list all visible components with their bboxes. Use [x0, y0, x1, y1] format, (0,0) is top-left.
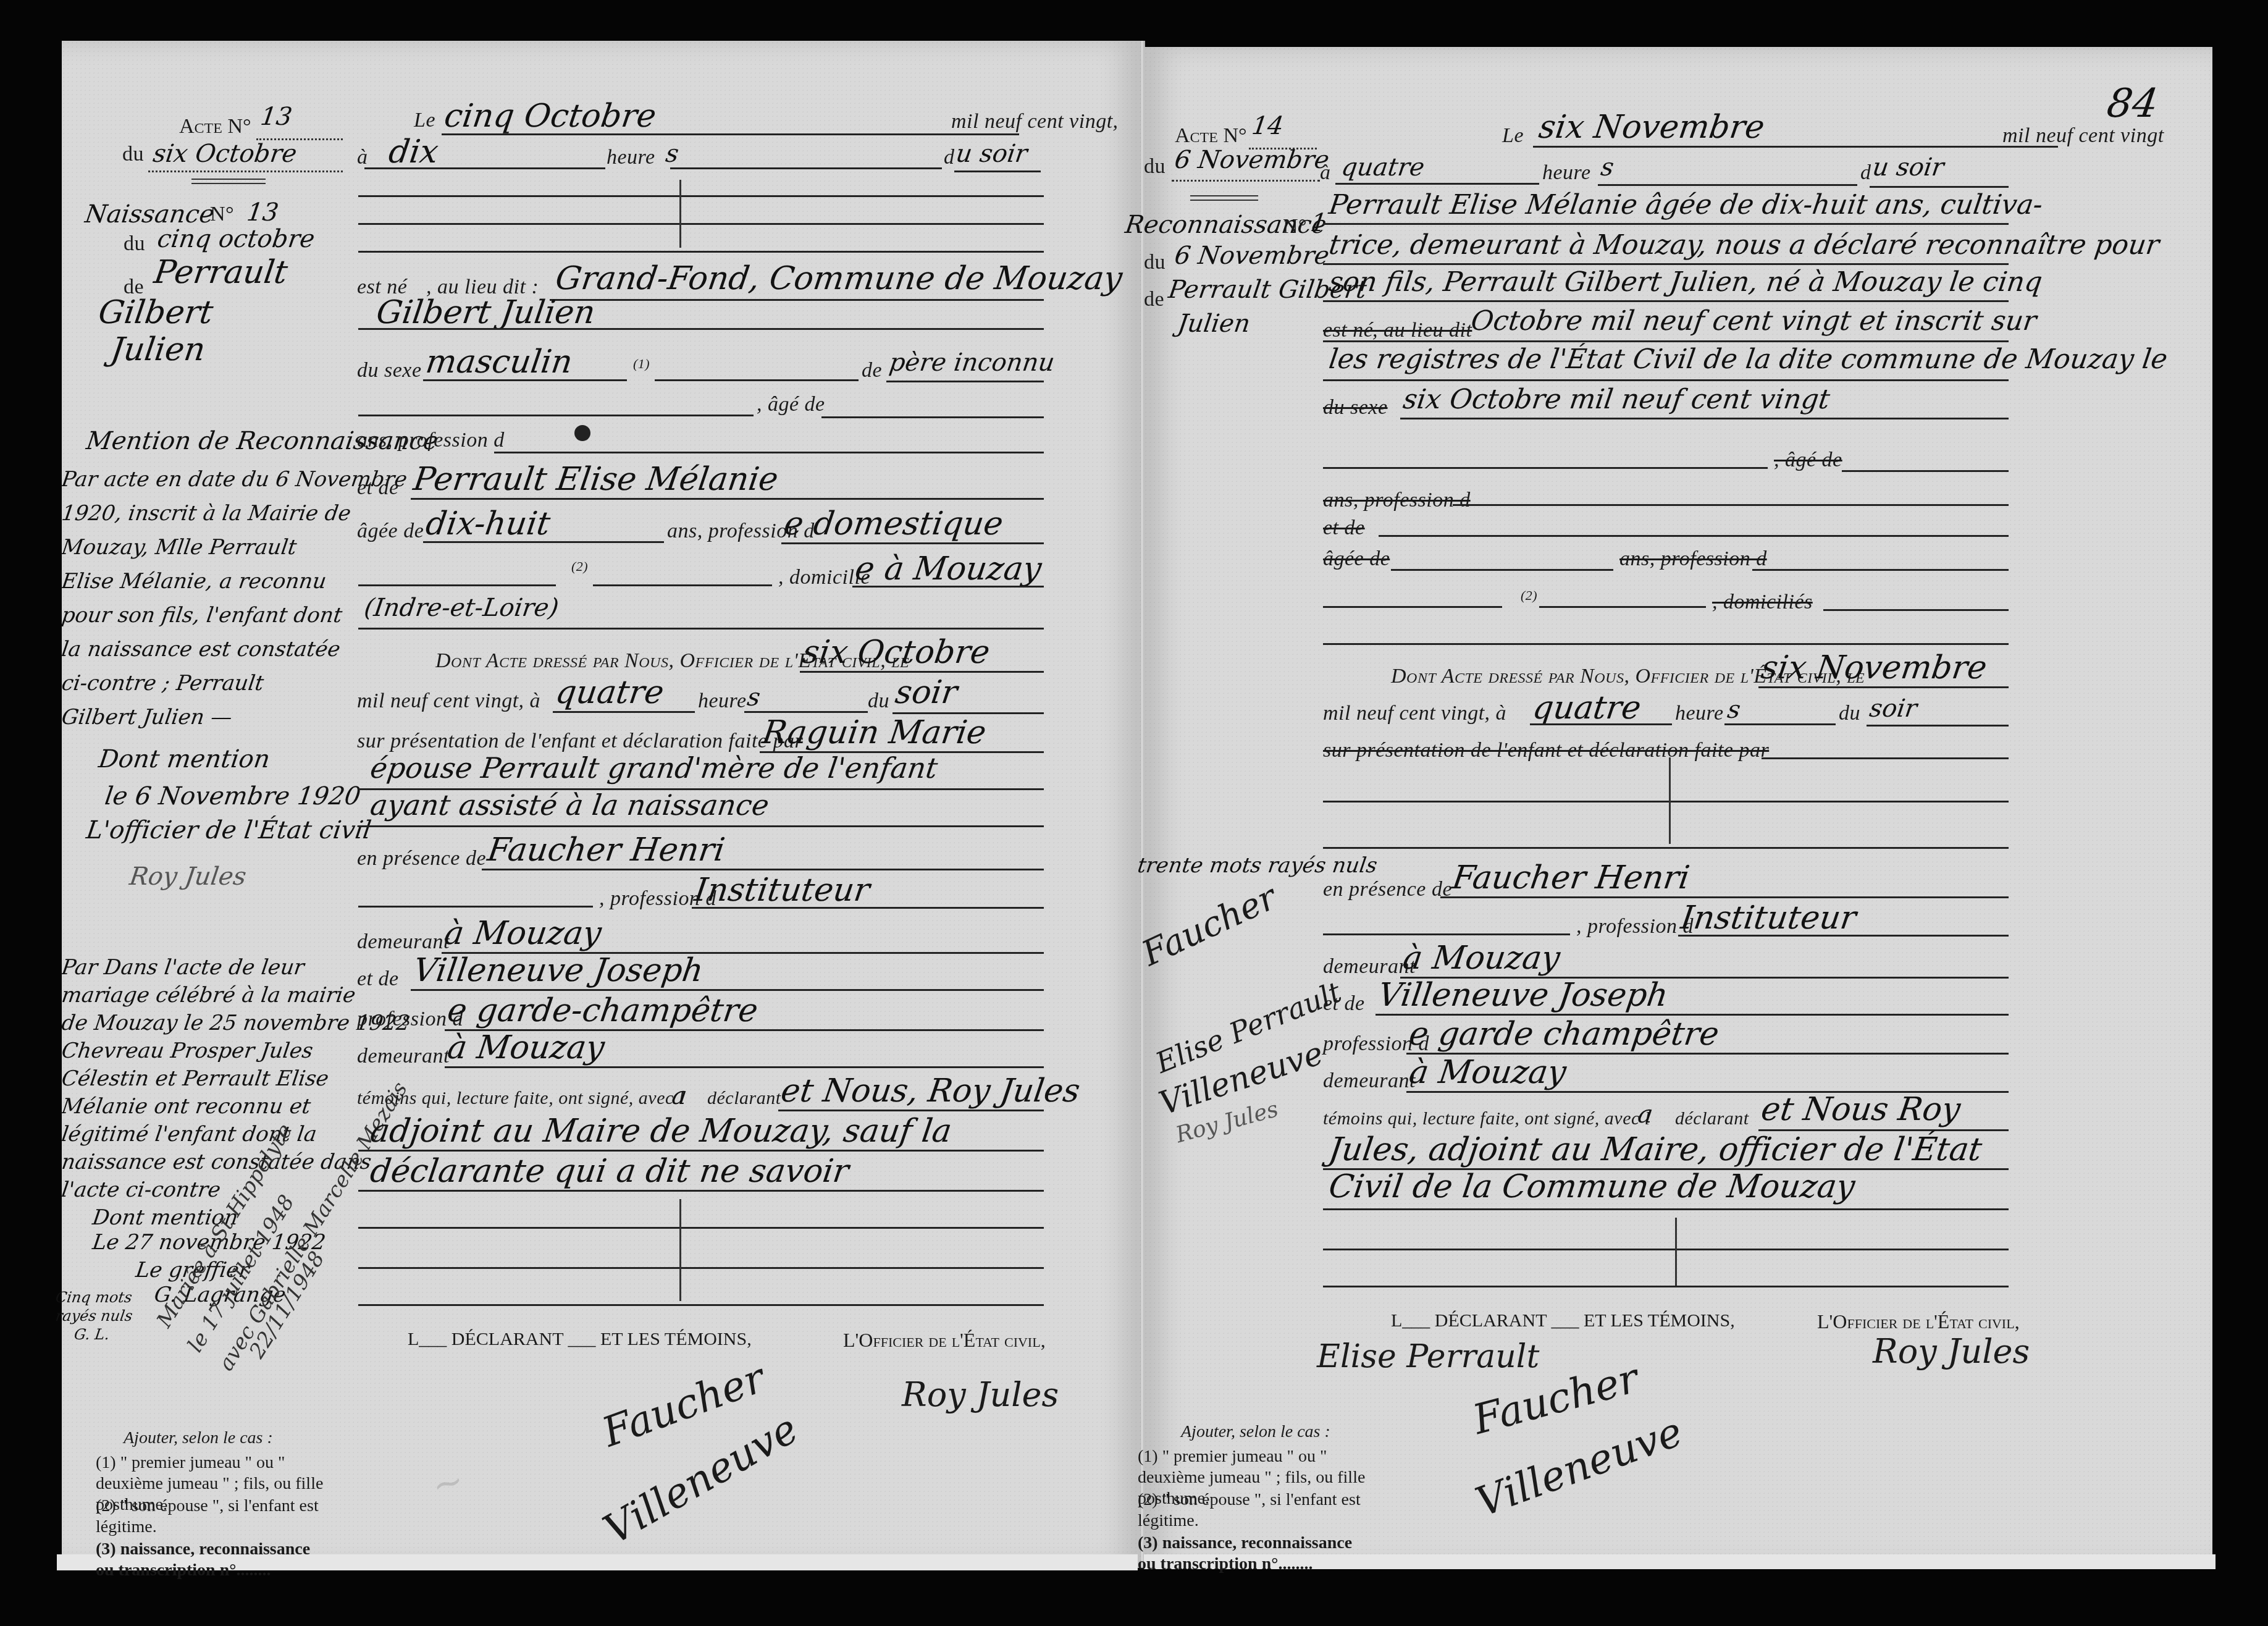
birth-hour: dix [387, 133, 441, 171]
bleed-through: ~ [427, 1459, 469, 1509]
right-page: 84 Acte N° 14 du 6 Novembre Reconnaissan… [1144, 47, 2212, 1568]
acte-date: six Octobre [151, 140, 299, 168]
recognition-period: u soir [1871, 153, 1946, 182]
recognition-text-line: son fils, Perrault Gilbert Julien, né à … [1327, 266, 2044, 298]
signature-elise-perrault: Elise Perrault [1317, 1338, 1539, 1375]
closing-2: adjoint au Maire de Mouzay, sauf la [368, 1113, 954, 1150]
closing-1: et Nous Roy [1759, 1091, 1963, 1128]
mention-dont: Dont mention [97, 745, 272, 773]
witness1: Faucher Henri [1450, 859, 1692, 896]
footnotes-title: Ajouter, selon le cas : [1181, 1422, 1330, 1443]
witness2-et-de-label: et de [1323, 992, 1365, 1016]
heure-suffix: s [664, 140, 681, 168]
recognition-text-line: Octobre mil neuf cent vingt et inscrit s… [1469, 305, 2038, 337]
birth-date: cinq Octobre [442, 98, 658, 135]
witness2-residence: à Mouzay [445, 1029, 607, 1066]
witness1-residence: à Mouzay [442, 915, 604, 952]
child-sex: masculin [424, 343, 575, 381]
acte-written-date: six Novembre [1759, 649, 1989, 686]
presence-label: en présence de [357, 847, 486, 870]
sexe-label: du sexe [357, 359, 422, 382]
legitimation-line: Chevreau Prosper Jules [60, 1038, 314, 1063]
margin-date: 6 Novembre [1173, 242, 1331, 270]
struck-age: , âgé de [1774, 449, 1842, 472]
acte-du-label: du [1839, 702, 1860, 725]
legitimation-line: Mélanie ont reconnu et [60, 1094, 312, 1119]
witness1-residence: à Mouzay [1401, 940, 1563, 977]
erasure-note: trente mots rayés nuls [1136, 853, 1379, 878]
acte-heure-label: heure [1675, 702, 1724, 725]
closing-3: Civil de la Commune de Mouzay [1327, 1168, 1857, 1205]
acte-du-label: du [1144, 155, 1165, 179]
du-label: d [944, 146, 955, 169]
mention-signed-by: L'officier de l'État civil [85, 816, 373, 845]
a-label: à [1320, 161, 1331, 185]
struck-agee-de: âgée de [1323, 547, 1390, 571]
struck-presentation-label: sur présentation de l'enfant et déclarat… [1323, 739, 1769, 762]
profession-label: , profession d [1576, 915, 1694, 938]
declarant-3: ayant assisté à la naissance [368, 788, 771, 822]
et-de-label: et de [357, 476, 399, 500]
birth-place: Grand-Fond, Commune de Mouzay [553, 260, 1125, 297]
witness2: Villeneuve Joseph [411, 952, 706, 989]
signatures-header-officer: L'Officier de l'État civil, [843, 1329, 1046, 1352]
acte-heure-suffix: s [745, 683, 762, 712]
declarant-label: déclarant [1675, 1108, 1749, 1129]
heure-suffix: s [1599, 153, 1616, 182]
struck-et-de: et de [1323, 516, 1365, 540]
struck-est-ne: est né [1323, 319, 1373, 342]
acte-hour: quatre [1531, 689, 1644, 727]
signature-roy-jules: Roy Jules [902, 1375, 1059, 1414]
witness2-residence: à Mouzay [1407, 1054, 1569, 1091]
witness2-profession: e garde-champêtre [445, 992, 760, 1029]
signature-roy-jules: Roy Jules [1873, 1332, 2030, 1371]
mention-line: 1920, inscrit à la Mairie de [60, 501, 353, 526]
ink-blot [574, 425, 590, 441]
le-label: Le [1502, 124, 1524, 148]
heure-label: heure [607, 146, 655, 169]
child-names: Gilbert Julien [374, 294, 597, 331]
witness2-profession: e garde champêtre [1407, 1016, 1721, 1053]
struck-lieu-dit: , au lieu dit [1372, 319, 1472, 342]
acte-number: 13 [259, 103, 294, 131]
year-printed: mil neuf cent vingt [2002, 124, 2164, 148]
legitimation-line: l'acte ci-contre [60, 1177, 222, 1202]
margin-given-2: Julien [109, 331, 208, 368]
temoins-label: témoins qui, lecture faite, ont signé, a… [1323, 1108, 1650, 1129]
struck-profession: ans, profession d [1323, 489, 1471, 512]
erasure-note: rayés nuls [54, 1307, 133, 1325]
legitimation-line: Célestin et Perrault Elise [60, 1066, 330, 1091]
margin-date: cinq octobre [156, 225, 317, 253]
erasure-note: G. L. [73, 1326, 111, 1343]
mention-line: Elise Mélanie, a reconnu [60, 569, 328, 594]
de-label: de [862, 359, 882, 382]
le-label: Le [414, 109, 435, 132]
agee-de-label: âgée de [357, 520, 424, 543]
legitimation-line: naissance est constatée dans [60, 1150, 373, 1174]
recognition-text-line: six Octobre mil neuf cent vingt [1401, 384, 1831, 415]
presence-label: en présence de [1323, 878, 1452, 901]
acte-period: soir [1868, 694, 1919, 723]
demeurant-label: demeurant [357, 930, 450, 954]
mention-line: pour son fils, l'enfant dont [60, 603, 343, 628]
signatures-header-declarant: L___ DÉCLARANT ___ ET LES TÉMOINS, [408, 1329, 752, 1350]
signatures-header-declarant: L___ DÉCLARANT ___ ET LES TÉMOINS, [1391, 1310, 1735, 1331]
recognition-text-line: Perrault Elise Mélanie âgée de dix-huit … [1327, 189, 2044, 221]
margin-no-label: N° [210, 203, 234, 226]
recognition-text-line: trice, demeurant à Mouzay, nous a déclar… [1327, 229, 2161, 261]
erasure-note: Cinq mots [54, 1289, 133, 1306]
struck-profession-2: ans, profession d [1619, 547, 1767, 571]
closing-3: déclarante qui a dit ne savoir [368, 1153, 851, 1190]
witness2: Villeneuve Joseph [1376, 977, 1671, 1014]
footnote-2: (2) " son épouse ", si l'enfant est légi… [96, 1496, 330, 1538]
signatures-header-officer: L'Officier de l'État civil, [1817, 1310, 2020, 1333]
note2-label: (2) [1521, 588, 1537, 604]
mother-profession: e domestique [782, 505, 1006, 542]
margin-du-label: du [1144, 251, 1165, 274]
acte-label: Acte N° [1175, 124, 1247, 148]
domicile-2: (Indre-et-Loire) [363, 594, 561, 622]
margin-du-label: du [124, 232, 145, 256]
acte-du-label: du [122, 143, 144, 166]
closing-2: Jules, adjoint au Maire, officier de l'É… [1327, 1131, 1984, 1168]
footnote-2: (2) " son épouse ", si l'enfant est légi… [1138, 1489, 1372, 1531]
acte-period: soir [893, 674, 960, 711]
legitimation-line: mariage célébré à la mairie [60, 983, 357, 1008]
mil-label: mil neuf cent vingt, à [1323, 702, 1506, 725]
footnote-3: (3) naissance, reconnaissance ou transcr… [1138, 1533, 1372, 1575]
footnotes-title: Ajouter, selon le cas : [124, 1428, 273, 1449]
mil-label: mil neuf cent vingt, à [357, 689, 540, 713]
temoins-a: a [1636, 1100, 1655, 1129]
mention-signature: Roy Jules [128, 862, 248, 891]
presentation-label: sur présentation de l'enfant et déclarat… [357, 730, 803, 753]
margin-given-1: Gilbert [96, 294, 216, 331]
struck-domicilies: , domiciliés [1712, 591, 1813, 614]
temoins-a: a [670, 1082, 689, 1110]
age-label: , âgé de [757, 393, 825, 416]
recognition-text-line: les registres de l'État Civil de la dite… [1327, 343, 2169, 375]
struck-sexe: du sexe [1323, 396, 1388, 419]
mother-name: Perrault Elise Mélanie [411, 461, 781, 498]
witness1-profession: Instituteur [692, 872, 872, 909]
witness1: Faucher Henri [485, 832, 727, 869]
margin-no-label: N° [1283, 215, 1307, 238]
declarant: Raguin Marie [760, 714, 989, 751]
a-label: à [357, 146, 368, 169]
acte-label: Acte N° [179, 115, 251, 138]
acte-du-label: du [868, 689, 889, 713]
mention-line: Mouzay, Mlle Perrault [60, 535, 298, 560]
domicile: e à Mouzay [853, 550, 1044, 588]
witness1-profession: Instituteur [1679, 899, 1858, 937]
temoins-label: témoins qui, lecture faite, ont signé, a… [357, 1088, 684, 1109]
witness2-et-de-label: et de [357, 967, 399, 991]
legitimation-line: Par Dans l'acte de leur [60, 955, 306, 980]
folio-number: 84 [2104, 81, 2161, 127]
margin-signature-faucher: Faucher [1136, 877, 1283, 974]
acte-number: 14 [1250, 112, 1285, 140]
acte-date: 6 Novembre [1173, 146, 1331, 174]
mention-line: Gilbert Julien — [60, 705, 233, 730]
du-label: d [1860, 161, 1871, 185]
acte-hour: quatre [553, 674, 666, 711]
witness2-demeurant-label: demeurant [357, 1045, 450, 1068]
year-printed: mil neuf cent vingt, [951, 110, 1119, 133]
acte-written-date: six Octobre [800, 634, 992, 671]
margin-name-2: Julien [1176, 310, 1252, 338]
acte-heure-suffix: s [1726, 696, 1742, 724]
left-page: Acte N° 13 du six Octobre Naissance N° 1… [62, 41, 1141, 1568]
recognition-hour: quatre [1340, 153, 1427, 182]
note1-label: (1) [633, 356, 650, 372]
mention-line: Par acte en date du 6 Novembre [60, 467, 408, 492]
closing-1: et Nous, Roy Jules [779, 1072, 1082, 1110]
mention-line: ci-contre ; Perrault [60, 671, 265, 696]
margin-de-label: de [1144, 288, 1164, 311]
footnote-3: (3) naissance, reconnaissance ou transcr… [96, 1539, 330, 1581]
margin-surname: Perrault [152, 254, 290, 291]
father: père inconnu [888, 348, 1057, 377]
mother-age: dix-huit [424, 505, 553, 542]
ans-profession-label: ans, profession d [357, 429, 505, 452]
mention-date: le 6 Novembre 1920 [103, 782, 363, 811]
acte-heure-label: heure [698, 689, 747, 713]
margin-number: 13 [245, 198, 280, 227]
witness2-demeurant-label: demeurant [1323, 1069, 1416, 1093]
recognition-date: six Novembre [1537, 109, 1767, 146]
birth-period: u soir [954, 140, 1029, 168]
declarant-label: déclarant [707, 1088, 781, 1109]
mention-line: la naissance est constatée [60, 637, 342, 662]
heure-label: heure [1542, 161, 1591, 185]
declarant-2: épouse Perrault grand'mère de l'enfant [368, 751, 939, 785]
note2-label: (2) [571, 558, 588, 575]
